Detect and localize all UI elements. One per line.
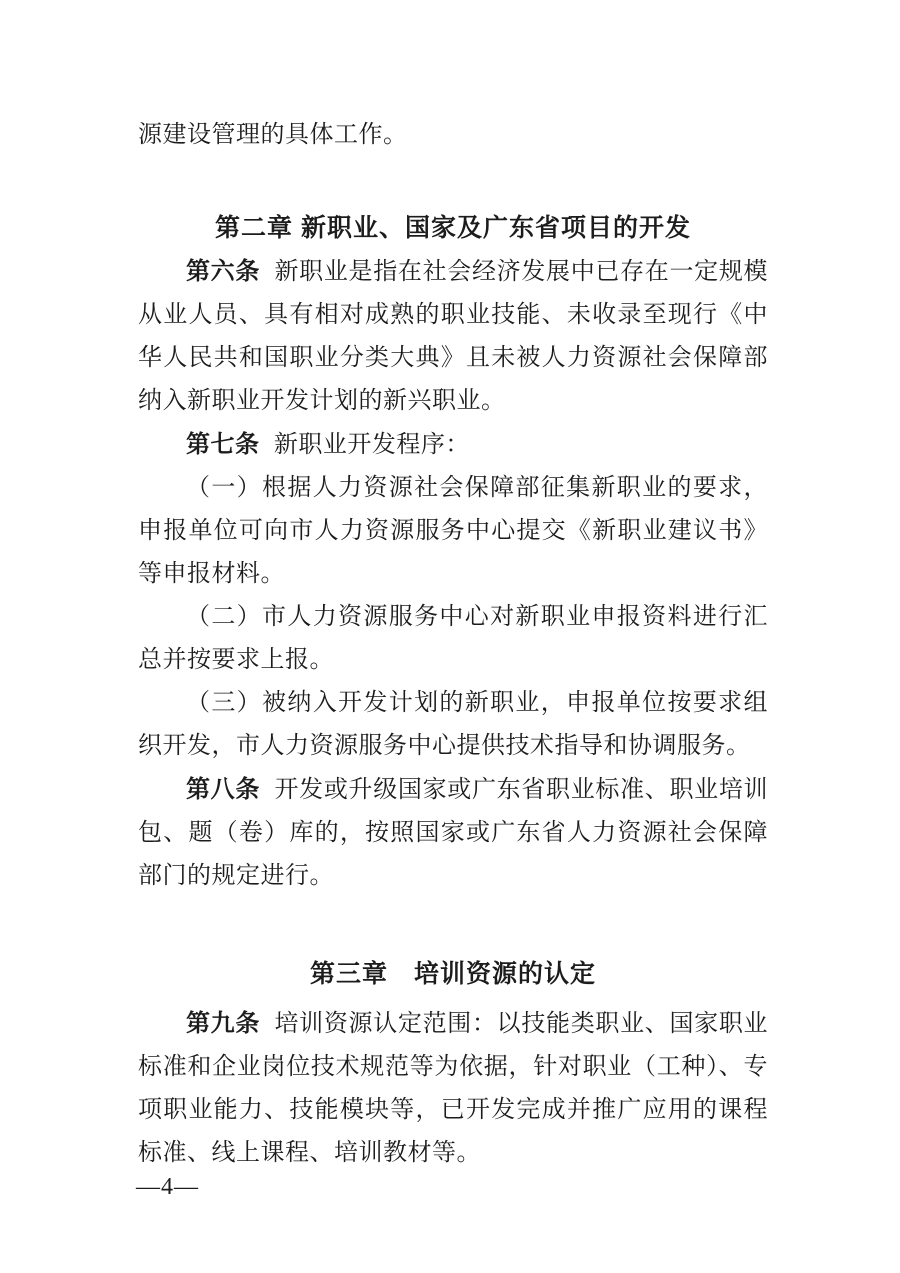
article-7-text: 新职业开发程序： — [274, 432, 470, 458]
continuation-paragraph: 源建设管理的具体工作。 — [138, 114, 768, 157]
article-8-label: 第八条 — [186, 776, 260, 803]
article-9-label: 第九条 — [186, 1010, 260, 1037]
list-item-2: （二）市人力资源服务中心对新职业申报资料进行汇总并按要求上报。 — [138, 596, 768, 682]
document-page: 源建设管理的具体工作。 第二章 新职业、国家及广东省项目的开发 第六条新职业是指… — [0, 0, 900, 1273]
article-7-label: 第七条 — [186, 431, 260, 458]
chapter-2-heading: 第二章 新职业、国家及广东省项目的开发 — [138, 207, 768, 250]
article-6-label: 第六条 — [186, 258, 260, 285]
article-8-paragraph: 第八条开发或升级国家或广东省职业标准、职业培训包、题（卷）库的，按照国家或广东省… — [138, 768, 768, 898]
article-9-paragraph: 第九条培训资源认定范围：以技能类职业、国家职业标准和企业岗位技术规范等为依据，针… — [138, 1002, 768, 1175]
list-item-1: （一）根据人力资源社会保障部征集新职业的要求，申报单位可向市人力资源服务中心提交… — [138, 467, 768, 596]
paragraph-text: 源建设管理的具体工作。 — [138, 122, 408, 148]
list-item-1-text: （一）根据人力资源社会保障部征集新职业的要求，申报单位可向市人力资源服务中心提交… — [138, 475, 768, 587]
article-7-paragraph: 第七条新职业开发程序： — [138, 423, 768, 467]
list-item-3: （三）被纳入开发计划的新职业，申报单位按要求组织开发，市人力资源服务中心提供技术… — [138, 682, 768, 768]
article-6-paragraph: 第六条新职业是指在社会经济发展中已存在一定规模从业人员、具有相对成熟的职业技能、… — [138, 250, 768, 423]
page-number: —4— — [136, 1172, 199, 1202]
chapter-3-heading: 第三章 培训资源的认定 — [138, 953, 768, 996]
list-item-2-text: （二）市人力资源服务中心对新职业申报资料进行汇总并按要求上报。 — [138, 604, 768, 673]
list-item-3-text: （三）被纳入开发计划的新职业，申报单位按要求组织开发，市人力资源服务中心提供技术… — [138, 690, 768, 759]
document-body: 源建设管理的具体工作。 第二章 新职业、国家及广东省项目的开发 第六条新职业是指… — [138, 114, 768, 1175]
